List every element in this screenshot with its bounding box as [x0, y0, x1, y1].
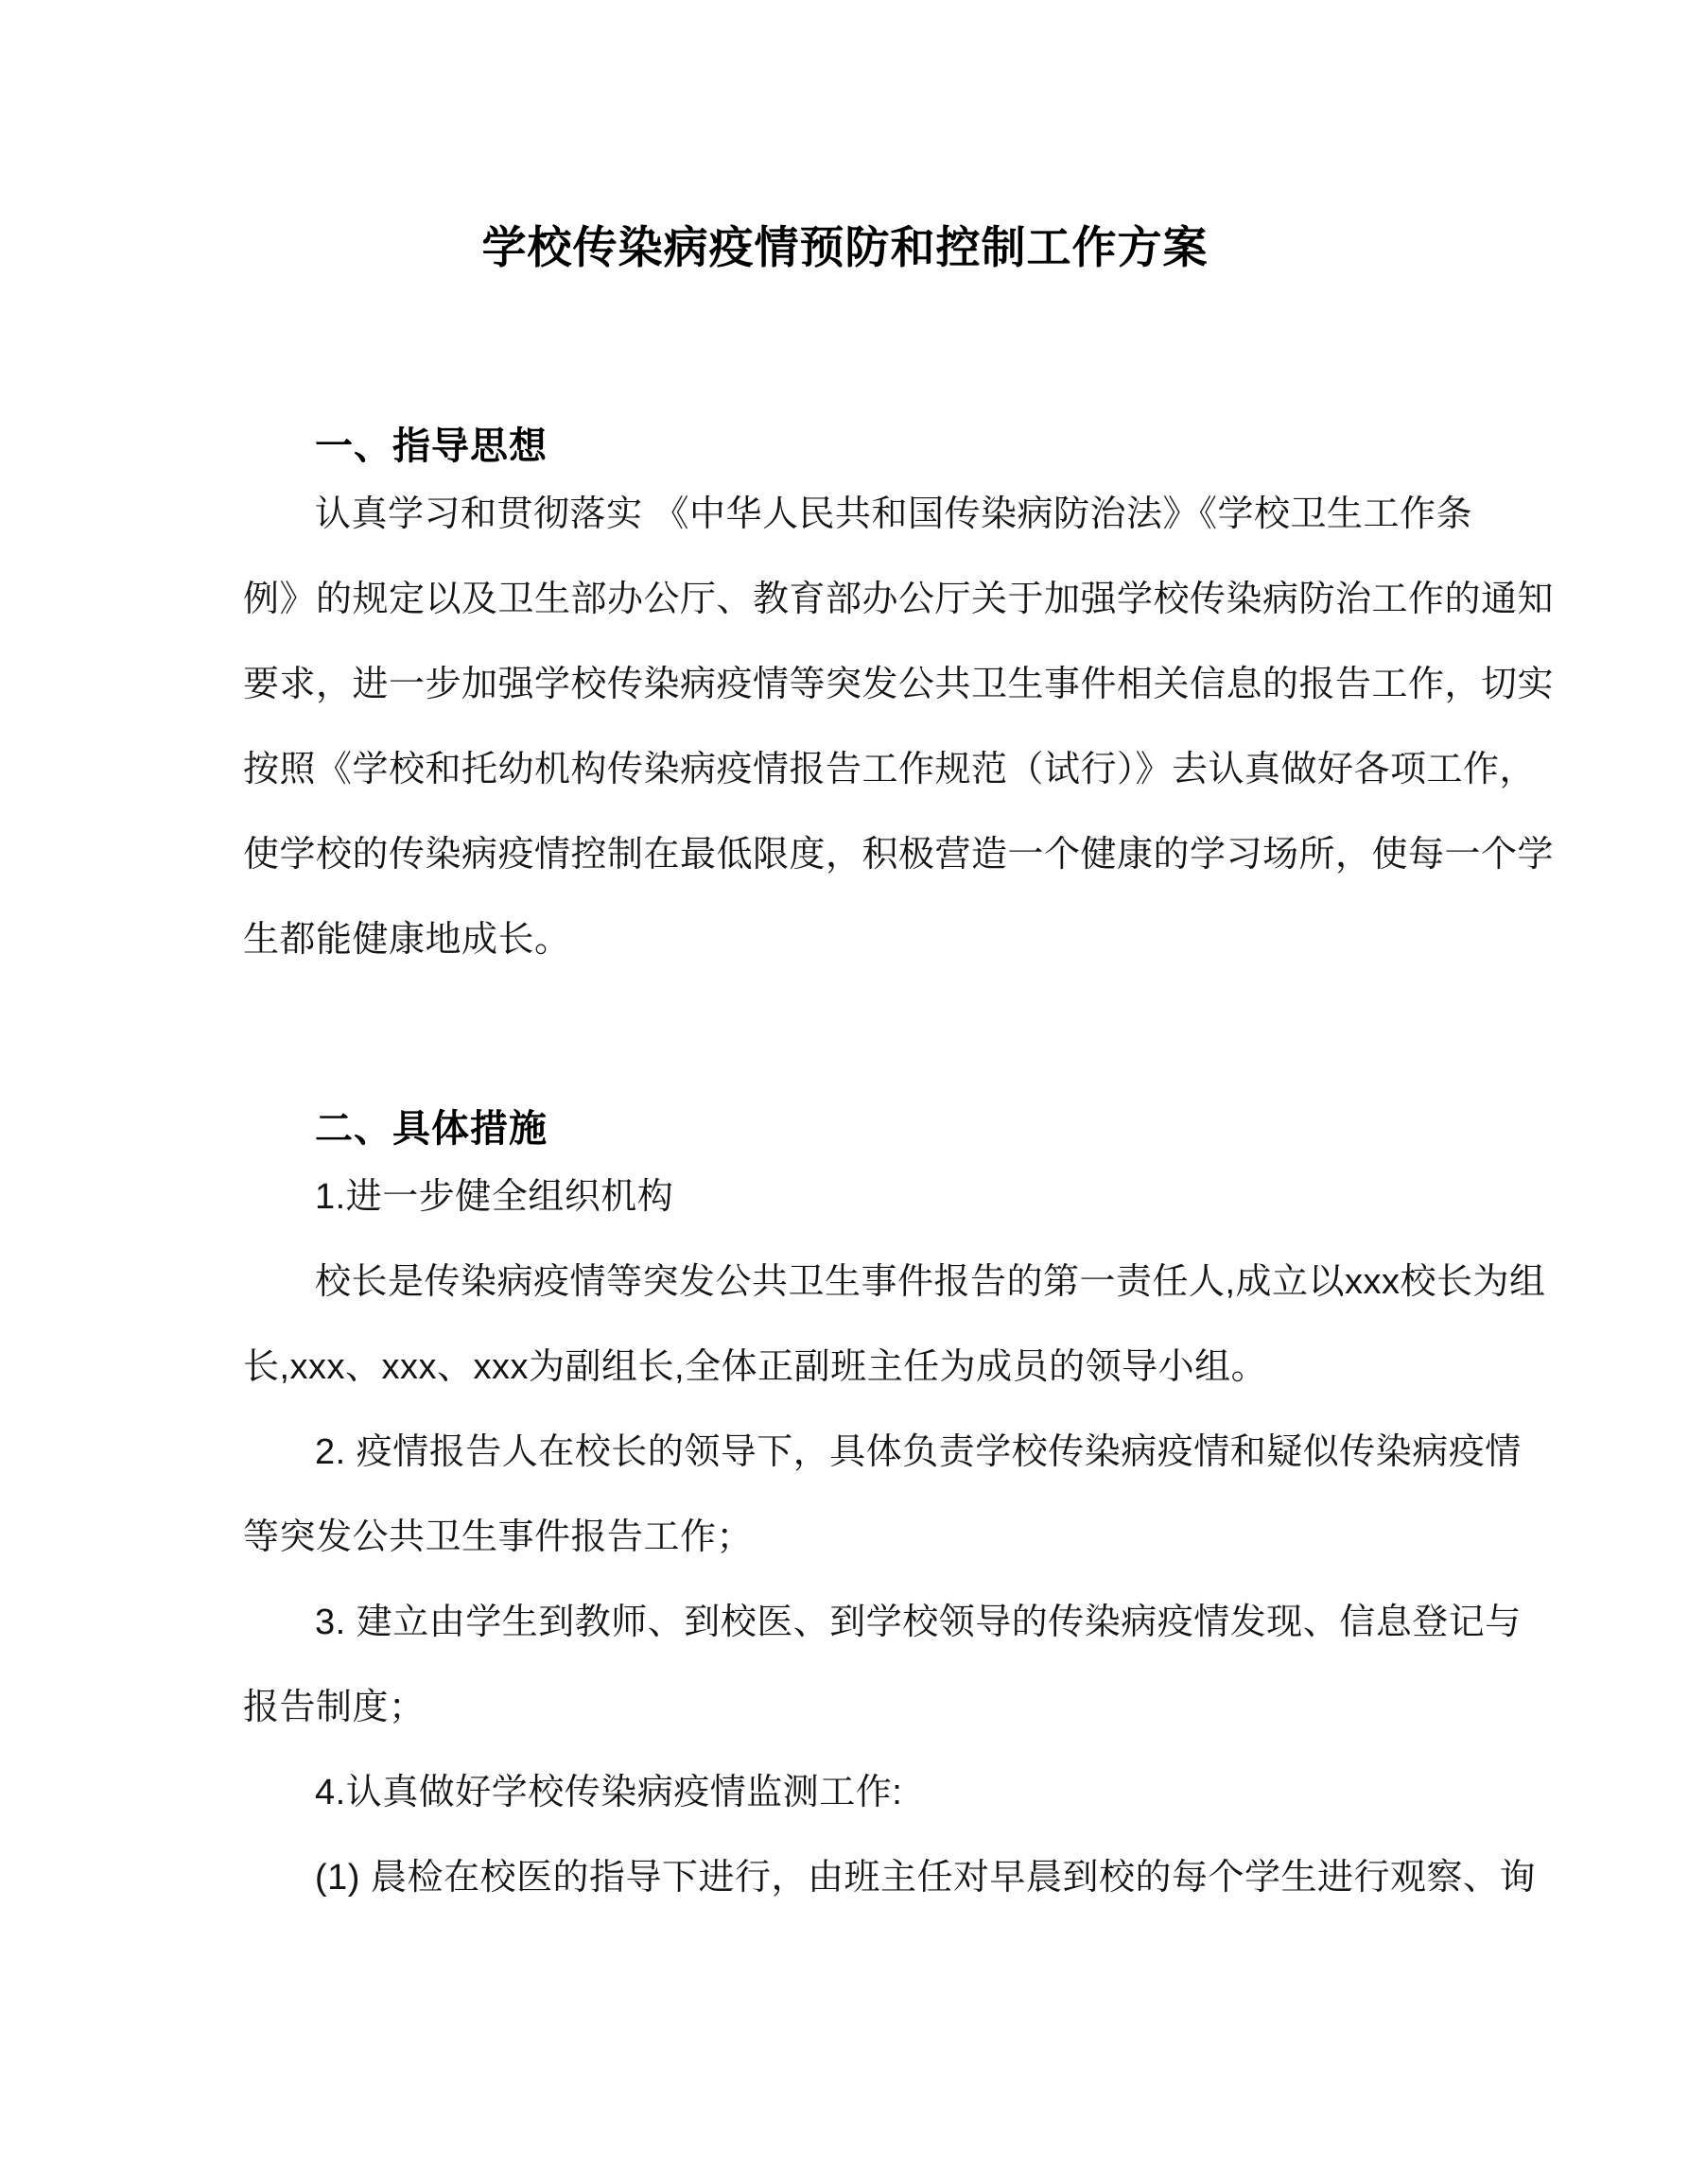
section-1-paragraph: 认真学习和贯彻落实 《中华人民共和国传染病防治法》《学校卫生工作条 例》的规定以… — [243, 472, 1447, 982]
list-item-line: 2. 疫情报告人在校长的领导下，具体负责学校传染病疫情和疑似传染病疫情 — [243, 1410, 1447, 1495]
list-item-line: 校长是传染病疫情等突发公共卫生事件报告的第一责任人,成立以xxx校长为组 — [243, 1239, 1447, 1325]
list-item-line: 报告制度； — [243, 1665, 1447, 1750]
list-item-line: 等突发公共卫生事件报告工作； — [243, 1495, 1447, 1580]
paragraph-line: 要求，进一步加强学校传染病疫情等突发公共卫生事件相关信息的报告工作，切实 — [243, 642, 1447, 727]
document-page: 学校传染病疫情预防和控制工作方案 一、指导思想 认真学习和贯彻落实 《中华人民共… — [0, 0, 1688, 2184]
list-item-line: 4.认真做好学校传染病疫情监测工作: — [243, 1750, 1447, 1835]
paragraph-line: 例》的规定以及卫生部办公厅、教育部办公厅关于加强学校传染病防治工作的通知 — [243, 557, 1447, 642]
list-item-line: 1.进一步健全组织机构 — [243, 1154, 1447, 1239]
document-title: 学校传染病疫情预防和控制工作方案 — [243, 205, 1447, 290]
paragraph-line: 使学校的传染病疫情控制在最低限度，积极营造一个健康的学习场所，使每一个学 — [243, 812, 1447, 897]
paragraph-line: 认真学习和贯彻落实 《中华人民共和国传染病防治法》《学校卫生工作条 — [243, 472, 1447, 557]
paragraph-line: 生都能健康地成长。 — [243, 897, 1447, 982]
list-item-line: 3. 建立由学生到教师、到校医、到学校领导的传染病疫情发现、信息登记与 — [243, 1580, 1447, 1665]
list-item-line: 长,xxx、xxx、xxx为副组长,全体正副班主任为成员的领导小组。 — [243, 1325, 1447, 1410]
section-2-body: 1.进一步健全组织机构 校长是传染病疫情等突发公共卫生事件报告的第一责任人,成立… — [243, 1154, 1447, 1920]
paragraph-line: 按照《学校和托幼机构传染病疫情报告工作规范（试行）》去认真做好各项工作， — [243, 727, 1447, 812]
list-item-line: (1) 晨检在校医的指导下进行，由班主任对早晨到校的每个学生进行观察、询 — [243, 1835, 1447, 1920]
